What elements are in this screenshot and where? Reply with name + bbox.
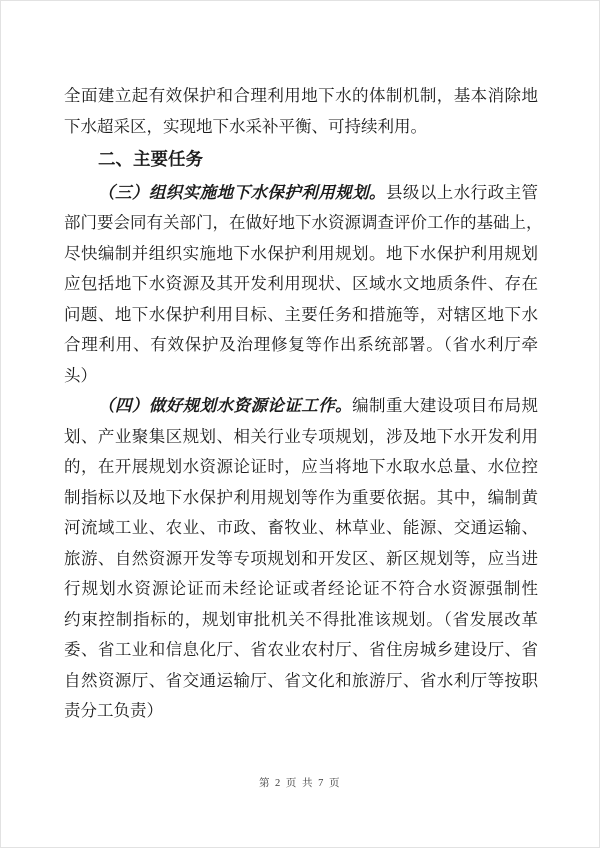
text-line: 责分工负责） xyxy=(64,696,538,727)
page-footer: 第 2 页 共 7 页 xyxy=(1,774,599,794)
paragraph-text: 县级以上水行政主管 xyxy=(386,183,538,202)
page-number-label: 第 2 页 共 7 页 xyxy=(259,778,341,789)
text-line: 划、产业聚集区规划、相关行业专项规划，涉及地下水开发利用 xyxy=(64,422,538,453)
text-line: 河流域工业、农业、市政、畜牧业、林草业、能源、交通运输、 xyxy=(64,513,538,544)
paragraph-lead: （三）组织实施地下水保护利用规划。 xyxy=(98,183,386,202)
text-line: 二、主要任务 xyxy=(64,144,538,175)
text-line: 部门要会同有关部门，在做好地下水资源调查评价工作的基础上， xyxy=(64,208,538,239)
document-page: 全面建立起有效保护和合理利用地下水的体制机制，基本消除地下水超采区，实现地下水采… xyxy=(0,0,600,848)
text-line: （三）组织实施地下水保护利用规划。县级以上水行政主管 xyxy=(64,178,538,209)
section-heading: 二、主要任务 xyxy=(64,144,538,175)
text-line: 委、省工业和信息化厅、省农业农村厅、省住房城乡建设厅、省 xyxy=(64,635,538,666)
text-line: 行规划水资源论证而未经论证或者经论证不符合水资源强制性 xyxy=(64,574,538,605)
text-line: 应包括地下水资源及其开发利用现状、区域水文地质条件、存在 xyxy=(64,269,538,300)
text-line: 约束控制指标的，规划审批机关不得批准该规划。（省发展改革 xyxy=(64,605,538,636)
text-line: 的，在开展规划水资源论证时，应当将地下水取水总量、水位控 xyxy=(64,452,538,483)
paragraph: 全面建立起有效保护和合理利用地下水的体制机制，基本消除地下水超采区，实现地下水采… xyxy=(64,81,538,142)
text-line: 头） xyxy=(64,361,538,392)
text-line: 自然资源厅、省交通运输厅、省文化和旅游厅、省水利厅等按职 xyxy=(64,666,538,697)
paragraph: （四）做好规划水资源论证工作。编制重大建设项目布局规划、产业聚集区规划、相关行业… xyxy=(64,391,538,727)
text-line: 下水超采区，实现地下水采补平衡、可持续利用。 xyxy=(64,112,538,143)
text-line: 全面建立起有效保护和合理利用地下水的体制机制，基本消除地 xyxy=(64,81,538,112)
text-line: 合理利用、有效保护及治理修复等作出系统部署。（省水利厅牵 xyxy=(64,330,538,361)
text-line: 问题、地下水保护利用目标、主要任务和措施等，对辖区地下水 xyxy=(64,300,538,331)
text-line: 制指标以及地下水保护利用规划等作为重要依据。其中，编制黄 xyxy=(64,483,538,514)
text-line: 旅游、自然资源开发等专项规划和开发区、新区规划等，应当进 xyxy=(64,544,538,575)
document-body: 全面建立起有效保护和合理利用地下水的体制机制，基本消除地下水超采区，实现地下水采… xyxy=(64,81,538,727)
text-line: （四）做好规划水资源论证工作。编制重大建设项目布局规 xyxy=(64,391,538,422)
paragraph-lead: （四）做好规划水资源论证工作。 xyxy=(98,396,352,415)
text-line: 尽快编制并组织实施地下水保护利用规划。地下水保护利用规划 xyxy=(64,239,538,270)
paragraph-text: 编制重大建设项目布局规 xyxy=(352,396,538,415)
paragraph: （三）组织实施地下水保护利用规划。县级以上水行政主管部门要会同有关部门，在做好地… xyxy=(64,178,538,392)
